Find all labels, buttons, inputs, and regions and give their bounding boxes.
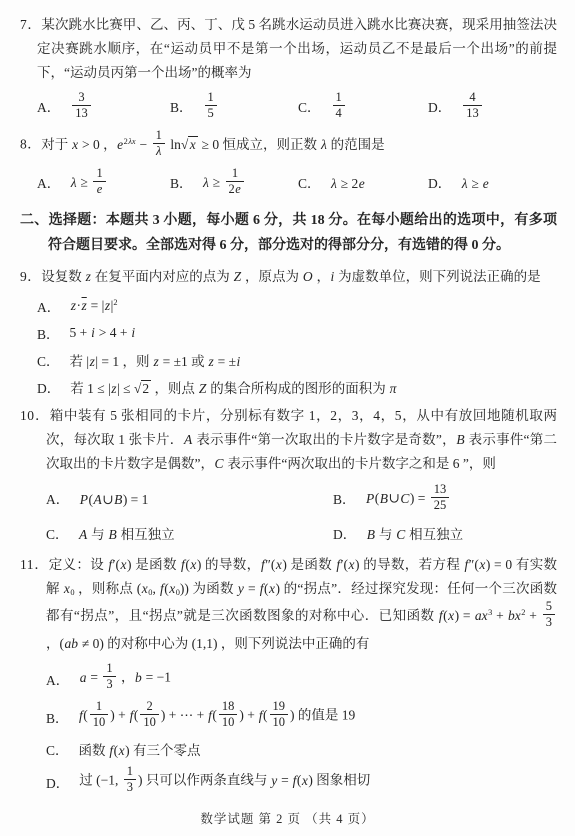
option-label: C． (46, 524, 69, 546)
question-11-text: 定义：设 f′(x) 是函数 f(x) 的导数，f″(x) 是函数 f′(x) … (46, 557, 557, 651)
question-7-number: 7． (20, 17, 41, 32)
option-math: 过 (−1, 13) 只可以作两条直线与 y = f(x) 图象相切 (79, 766, 370, 797)
question-7-text: 某次跳水比赛甲、乙、丙、丁、戊 5 名跳水运动员进入跳水比赛决赛，现采用抽签法决… (37, 17, 557, 80)
question-8-stem: 8．对于 x > 0 ，e2λx − 1λ ln√x ≥ 0 恒成立，则正数 λ… (20, 130, 557, 161)
option-label: D． (46, 772, 69, 792)
question-7-options: A．313 B．15 C．14 D．413 (20, 92, 557, 123)
question-8-number: 8． (20, 137, 41, 152)
page-footer: 数学试题 第 2 页 （共 4 页） (0, 809, 575, 827)
question-11-number: 11． (20, 557, 49, 572)
option-label: C． (298, 173, 321, 195)
option-label: B． (170, 97, 193, 119)
question-7-option-c: C．14 (298, 92, 428, 123)
option-label: C． (298, 97, 321, 119)
question-10-option-a: A．P(A∪B) = 1 (46, 489, 333, 511)
option-label: B． (170, 173, 193, 195)
question-8-option-b: B．λ ≥ 12e (170, 168, 298, 199)
question-9-option-b: B．5 + i > 4 + i (37, 323, 557, 343)
option-math: λ ≥ 12e (203, 168, 247, 199)
section-2-header: 二、选择题：本题共 3 小题，每小题 6 分，共 18 分。在每小题给出的选项中… (20, 208, 557, 258)
option-label: A． (37, 97, 60, 119)
option-math: 15 (203, 92, 219, 123)
option-math: z·z = |z|2 (70, 298, 117, 314)
question-11-stem: 11．定义：设 f′(x) 是函数 f(x) 的导数，f″(x) 是函数 f′(… (20, 553, 557, 656)
question-8-text: 对于 x > 0 ，e2λx − 1λ ln√x ≥ 0 恒成立，则正数 λ 的… (41, 137, 384, 152)
question-11-option-c: C．函数 f(x) 有三个零点 (46, 739, 557, 759)
option-math: λ ≥ 2e (331, 173, 366, 195)
question-10-stem: 10．箱中装有 5 张相同的卡片，分别标有数字 1，2，3，4，5，从中有放回地… (20, 404, 557, 476)
question-10-text: 箱中装有 5 张相同的卡片，分别标有数字 1，2，3，4，5，从中有放回地随机取… (46, 408, 557, 471)
option-math: P(B∪C) = 1325 (366, 484, 452, 515)
question-9: 9．设复数 z 在复平面内对应的点为 Z ，原点为 O ，i 为虚数单位，则下列… (20, 265, 557, 397)
option-label: C． (37, 350, 60, 370)
exam-page: 7．某次跳水比赛甲、乙、丙、丁、戊 5 名跳水运动员进入跳水比赛决赛，现采用抽签… (0, 0, 575, 836)
option-math: f(110) + f(210) + ⋯ + f(1810) + f(1910) … (79, 701, 356, 732)
question-10: 10．箱中装有 5 张相同的卡片，分别标有数字 1，2，3，4，5，从中有放回地… (20, 404, 557, 546)
question-7: 7．某次跳水比赛甲、乙、丙、丁、戊 5 名跳水运动员进入跳水比赛决赛，现采用抽签… (20, 13, 557, 123)
option-math: λ ≥ 1e (70, 168, 108, 199)
option-label: D． (428, 97, 451, 119)
option-math: 313 (70, 92, 93, 123)
question-7-option-b: B．15 (170, 92, 298, 123)
option-math: B 与 C 相互独立 (366, 524, 463, 546)
question-9-stem: 9．设复数 z 在复平面内对应的点为 Z ，原点为 O ，i 为虚数单位，则下列… (20, 265, 557, 289)
question-8-option-c: C．λ ≥ 2e (298, 173, 428, 195)
question-7-option-a: A．313 (37, 92, 170, 123)
option-math: 若 1 ≤ |z| ≤ √2 ，则点 Z 的集合所构成的图形的面积为 π (70, 377, 397, 397)
option-label: C． (46, 739, 69, 759)
option-label: D． (37, 377, 60, 397)
option-math: 14 (331, 92, 347, 123)
question-8-option-d: D．λ ≥ e (428, 173, 557, 195)
question-10-option-c: C．A 与 B 相互独立 (46, 524, 333, 546)
option-label: B． (333, 489, 356, 511)
option-label: D． (428, 173, 451, 195)
question-9-option-a: A．z·z = |z|2 (37, 296, 557, 316)
option-label: D． (333, 524, 356, 546)
question-8: 8．对于 x > 0 ，e2λx − 1λ ln√x ≥ 0 恒成立，则正数 λ… (20, 130, 557, 199)
question-10-option-d: D．B 与 C 相互独立 (333, 524, 557, 546)
option-label: B． (46, 707, 69, 727)
option-math: 若 |z| = 1 ，则 z = ±1 或 z = ±i (70, 350, 241, 370)
question-9-option-c: C．若 |z| = 1 ，则 z = ±1 或 z = ±i (37, 350, 557, 370)
option-math: 5 + i > 4 + i (70, 325, 136, 341)
question-8-option-a: A．λ ≥ 1e (37, 168, 170, 199)
option-label: A． (37, 173, 60, 195)
question-11-option-d: D．过 (−1, 13) 只可以作两条直线与 y = f(x) 图象相切 (46, 766, 557, 797)
option-math: λ ≥ e (461, 173, 489, 195)
option-math: 函数 f(x) 有三个零点 (79, 739, 201, 759)
question-9-option-d: D．若 1 ≤ |z| ≤ √2 ，则点 Z 的集合所构成的图形的面积为 π (37, 377, 557, 397)
question-7-option-d: D．413 (428, 92, 557, 123)
question-10-number: 10． (20, 408, 50, 423)
question-11-option-b: B．f(110) + f(210) + ⋯ + f(1810) + f(1910… (46, 701, 557, 732)
option-label: A． (46, 489, 69, 511)
question-10-option-b: B．P(B∪C) = 1325 (333, 484, 557, 515)
question-9-number: 9． (20, 269, 41, 284)
option-math: P(A∪B) = 1 (79, 489, 148, 511)
option-label: A． (37, 296, 60, 316)
question-8-options: A．λ ≥ 1e B．λ ≥ 12e C．λ ≥ 2e D．λ ≥ e (20, 168, 557, 199)
question-11: 11．定义：设 f′(x) 是函数 f(x) 的导数，f″(x) 是函数 f′(… (20, 553, 557, 797)
option-label: A． (46, 669, 69, 689)
question-9-options: A．z·z = |z|2 B．5 + i > 4 + i C．若 |z| = 1… (20, 296, 557, 397)
question-11-option-a: A．a = 13 ，b = −1 (46, 663, 557, 694)
option-math: a = 13 ，b = −1 (79, 663, 171, 694)
question-11-options: A．a = 13 ，b = −1 B．f(110) + f(210) + ⋯ +… (20, 663, 557, 797)
question-7-stem: 7．某次跳水比赛甲、乙、丙、丁、戊 5 名跳水运动员进入跳水比赛决赛，现采用抽签… (20, 13, 557, 85)
option-math: 413 (461, 92, 484, 123)
option-math: A 与 B 相互独立 (79, 524, 175, 546)
question-10-options: A．P(A∪B) = 1 B．P(B∪C) = 1325 C．A 与 B 相互独… (20, 484, 557, 546)
option-label: B． (37, 323, 60, 343)
question-9-text: 设复数 z 在复平面内对应的点为 Z ，原点为 O ，i 为虚数单位，则下列说法… (41, 269, 540, 284)
